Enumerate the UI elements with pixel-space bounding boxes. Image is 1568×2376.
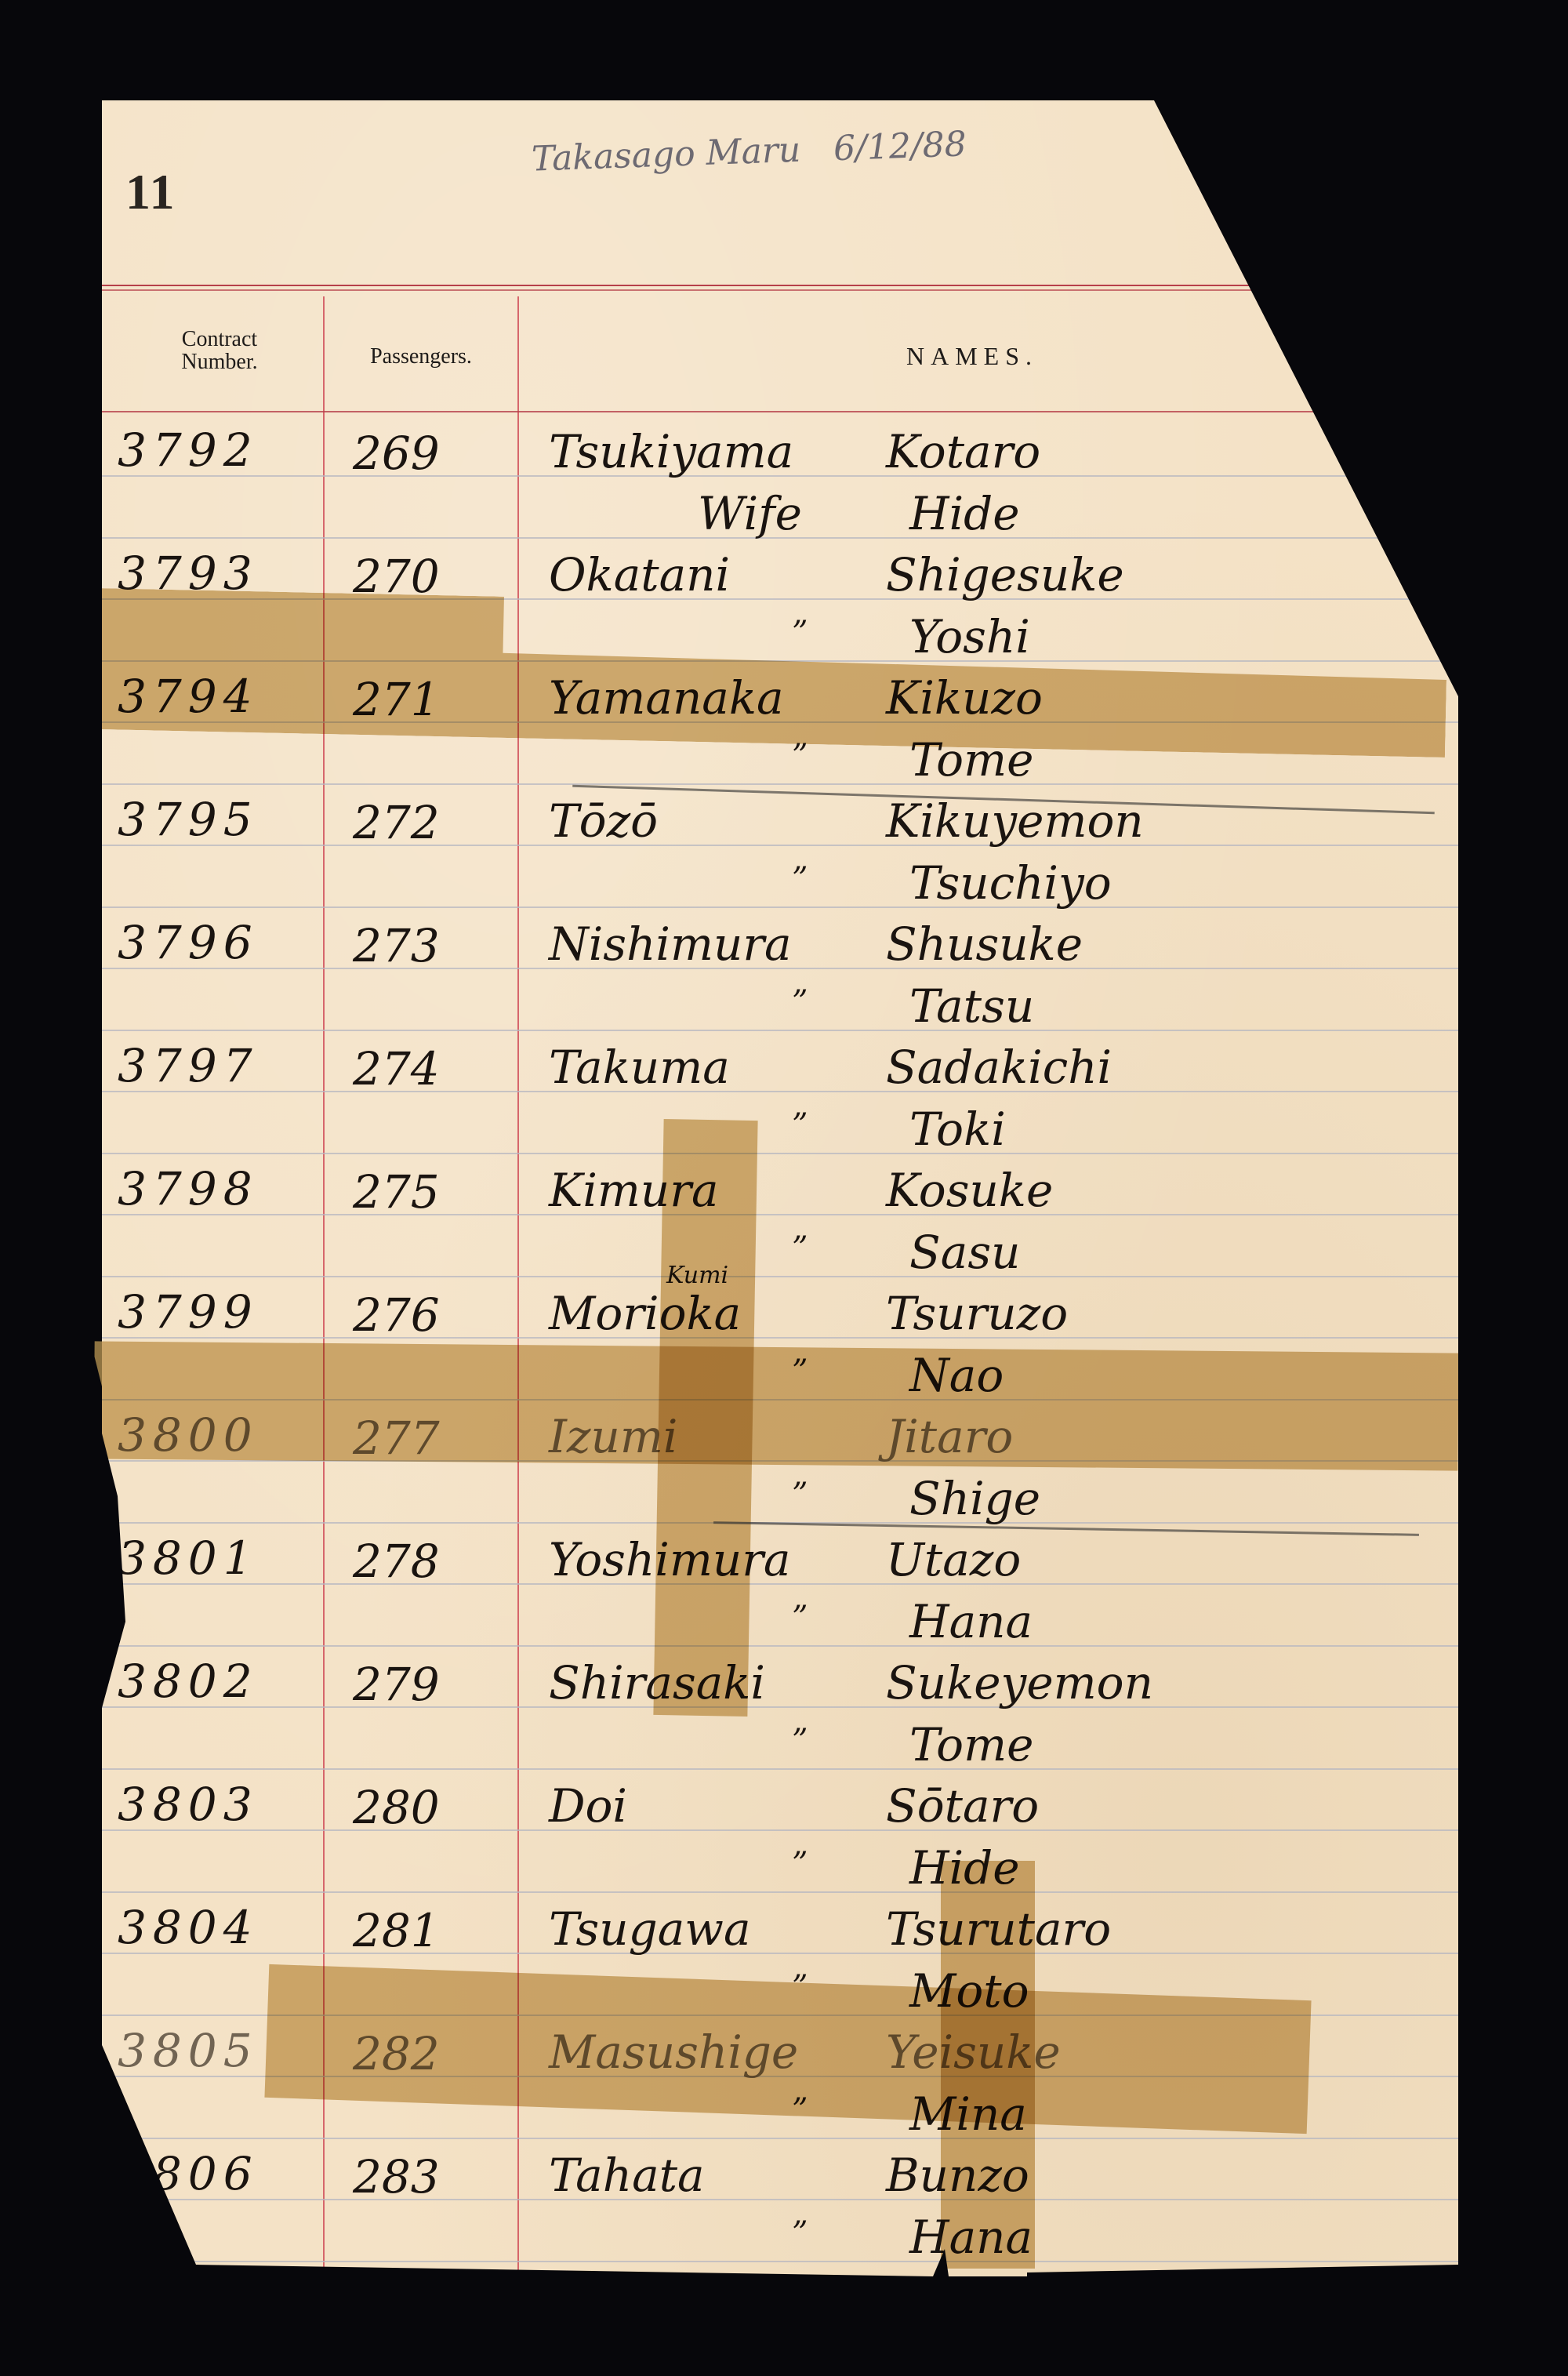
manifest-dependent-entry: WifeHide bbox=[102, 485, 1458, 548]
manifest-entry: 3799276MoriokaTsuruzoKumi bbox=[102, 1285, 1458, 1348]
passenger-number: 275 bbox=[353, 1165, 440, 1219]
contract-number: 3796 bbox=[118, 916, 259, 969]
family-name: Okatani bbox=[549, 548, 730, 601]
given-name: Tsuruzo bbox=[886, 1287, 1068, 1340]
family-name: Doi bbox=[549, 1779, 627, 1833]
manifest-dependent-entry: ”Tatsu bbox=[102, 978, 1458, 1041]
contract-number: 3797 bbox=[118, 1039, 259, 1092]
ditto-mark: ” bbox=[792, 1477, 808, 1513]
column-header-contract-number: Contract Number. bbox=[133, 328, 306, 374]
manifest-entry: 3796273NishimuraShusuke bbox=[102, 916, 1458, 979]
column-header-names: NAMES. bbox=[541, 343, 1403, 370]
family-name: Tsugawa bbox=[549, 1902, 751, 1956]
manifest-dependent-entry: ”Toki bbox=[102, 1101, 1458, 1164]
given-name: Sasu bbox=[909, 1226, 1020, 1279]
family-name: Tōzō bbox=[549, 794, 658, 848]
manifest-entry: 3806283TahataBunzo bbox=[102, 2147, 1458, 2210]
given-name: Toki bbox=[909, 1103, 1006, 1156]
contract-number: 3803 bbox=[118, 1778, 259, 1831]
ditto-mark: ” bbox=[792, 2215, 808, 2251]
manifest-dependent-entry: ”Hana bbox=[102, 1593, 1458, 1656]
ditto-mark: ” bbox=[792, 1107, 808, 1143]
manifest-dependent-entry: ”Tsuchiyo bbox=[102, 855, 1458, 917]
manifest-dependent-entry: ”Tome bbox=[102, 1717, 1458, 1779]
manifest-dependent-entry: ”Hide bbox=[102, 1840, 1458, 1902]
passenger-manifest-sheet: 11 Takasago Maru 6/12/88 Contract Number… bbox=[102, 100, 1458, 2276]
manifest-dependent-entry: ”Hana bbox=[102, 2209, 1458, 2272]
header-rule bbox=[102, 285, 1419, 286]
relation-label: Wife bbox=[698, 487, 802, 540]
repair-tape bbox=[653, 1119, 757, 1717]
ditto-mark: ” bbox=[792, 615, 808, 651]
ditto-mark: ” bbox=[792, 984, 808, 1020]
contract-number: 3805 bbox=[118, 2024, 259, 2077]
manifest-entry: 3803280DoiSōtaro bbox=[102, 1778, 1458, 1840]
manifest-dependent-entry: ”Sasu bbox=[102, 1224, 1458, 1287]
contract-number: 3799 bbox=[118, 1285, 259, 1339]
ruled-line bbox=[102, 2322, 1458, 2323]
given-name: Hana bbox=[909, 1595, 1033, 1648]
family-name: Takuma bbox=[549, 1041, 730, 1094]
ditto-mark: ” bbox=[792, 1723, 808, 1759]
passenger-number: 269 bbox=[353, 427, 440, 480]
passenger-number: 276 bbox=[353, 1288, 440, 1342]
manifest-entry: 3792269TsukiyamaKotaro bbox=[102, 423, 1458, 486]
given-name: Shige bbox=[909, 1472, 1040, 1525]
contract-number: 3806 bbox=[118, 2147, 259, 2200]
column-header-passengers: Passengers. bbox=[331, 345, 511, 368]
given-name: Shigesuke bbox=[886, 548, 1124, 601]
header-rule-double bbox=[102, 289, 1419, 291]
passenger-number: 283 bbox=[353, 2150, 440, 2203]
given-name: Tatsu bbox=[909, 979, 1034, 1033]
family-name: Tahata bbox=[549, 2149, 705, 2202]
passenger-number: 280 bbox=[353, 1781, 440, 1834]
repair-tape bbox=[941, 1861, 1035, 2269]
given-name: Kotaro bbox=[886, 425, 1040, 478]
contract-number: 3798 bbox=[118, 1162, 259, 1215]
contract-number: 3802 bbox=[118, 1655, 259, 1708]
passenger-number: 279 bbox=[353, 1658, 440, 1711]
ditto-mark: ” bbox=[792, 1230, 808, 1266]
family-name: Tsukiyama bbox=[549, 425, 793, 478]
ship-date-note: Takasago Maru 6/12/88 bbox=[531, 124, 967, 179]
passenger-number: 281 bbox=[353, 1904, 440, 1957]
given-name: Kosuke bbox=[886, 1164, 1053, 1217]
family-name: Nishimura bbox=[549, 917, 792, 971]
manifest-entry: 3797274TakumaSadakichi bbox=[102, 1039, 1458, 1102]
passenger-number: 278 bbox=[353, 1535, 440, 1588]
given-name: Utazo bbox=[886, 1533, 1021, 1586]
manifest-entry: 3804281TsugawaTsurutaro bbox=[102, 1901, 1458, 1964]
manifest-entry: 3798275KimuraKosuke bbox=[102, 1162, 1458, 1225]
ditto-mark: ” bbox=[792, 861, 808, 897]
contract-number: 3801 bbox=[118, 1531, 259, 1585]
given-name: Tome bbox=[909, 1718, 1033, 1771]
sheet-number: 11 bbox=[125, 163, 176, 221]
column-header-bottom-rule bbox=[102, 411, 1458, 412]
manifest-entry: 3801278YoshimuraUtazo bbox=[102, 1531, 1458, 1594]
given-name: Sadakichi bbox=[886, 1041, 1112, 1094]
given-name: Sukeyemon bbox=[886, 1656, 1153, 1709]
repair-tape bbox=[93, 1341, 1458, 1470]
ditto-mark: ” bbox=[792, 1600, 808, 1636]
manifest-entry: 3802279ShirasakiSukeyemon bbox=[102, 1655, 1458, 1717]
passenger-number: 274 bbox=[353, 1042, 440, 1095]
manifest-entry: 3795272TōzōKikuyemon bbox=[102, 793, 1458, 856]
passenger-number: 273 bbox=[353, 919, 440, 972]
given-name: Hide bbox=[909, 487, 1020, 540]
given-name: Tsuchiyo bbox=[909, 856, 1112, 910]
contract-number: 3804 bbox=[118, 1901, 259, 1954]
contract-number: 3792 bbox=[118, 423, 259, 477]
given-name: Yoshi bbox=[909, 610, 1030, 663]
given-name: Sōtaro bbox=[886, 1779, 1039, 1833]
ditto-mark: ” bbox=[792, 1846, 808, 1882]
passenger-number: 272 bbox=[353, 796, 440, 849]
given-name: Shusuke bbox=[886, 917, 1083, 971]
contract-number: 3795 bbox=[118, 793, 259, 846]
